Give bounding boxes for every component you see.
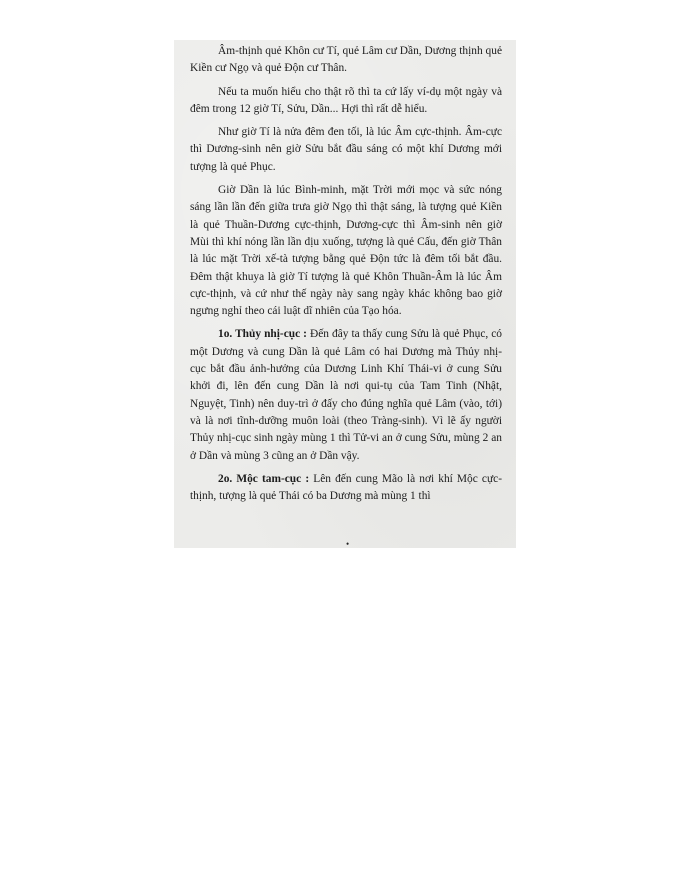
paragraph-4: Giờ Dần là lúc Bình-minh, mặt Trời mới m… <box>190 182 502 320</box>
page-mark: • <box>346 536 349 548</box>
paragraph-text: Giờ Dần là lúc Bình-minh, mặt Trời mới m… <box>190 184 502 317</box>
paragraph-moc-tam-cuc: 2o. Mộc tam-cục : Lên đến cung Mão là nơ… <box>190 471 502 506</box>
paragraph-text: Âm-thịnh quẻ Khôn cư Tí, quẻ Lâm cư Dần,… <box>190 45 502 74</box>
paragraph-text: Đến đây ta thấy cung Sửu là quẻ Phục, có… <box>190 328 502 461</box>
paragraph-text: Nếu ta muốn hiểu cho thật rõ thì ta cứ l… <box>190 86 502 115</box>
scanned-book-page: Âm-thịnh quẻ Khôn cư Tí, quẻ Lâm cư Dần,… <box>174 40 516 548</box>
section-heading: 2o. Mộc tam-cục : <box>218 473 309 485</box>
paragraph-text: Như giờ Tí là nửa đêm đen tối, là lúc Âm… <box>190 126 502 173</box>
paragraph-3: Như giờ Tí là nửa đêm đen tối, là lúc Âm… <box>190 124 502 176</box>
section-heading: 1o. Thủy nhị-cục : <box>218 328 307 340</box>
paragraph-thuy-nhi-cuc: 1o. Thủy nhị-cục : Đến đây ta thấy cung … <box>190 326 502 464</box>
paragraph-2: Nếu ta muốn hiểu cho thật rõ thì ta cứ l… <box>190 84 502 119</box>
paragraph-1: Âm-thịnh quẻ Khôn cư Tí, quẻ Lâm cư Dần,… <box>190 43 502 78</box>
